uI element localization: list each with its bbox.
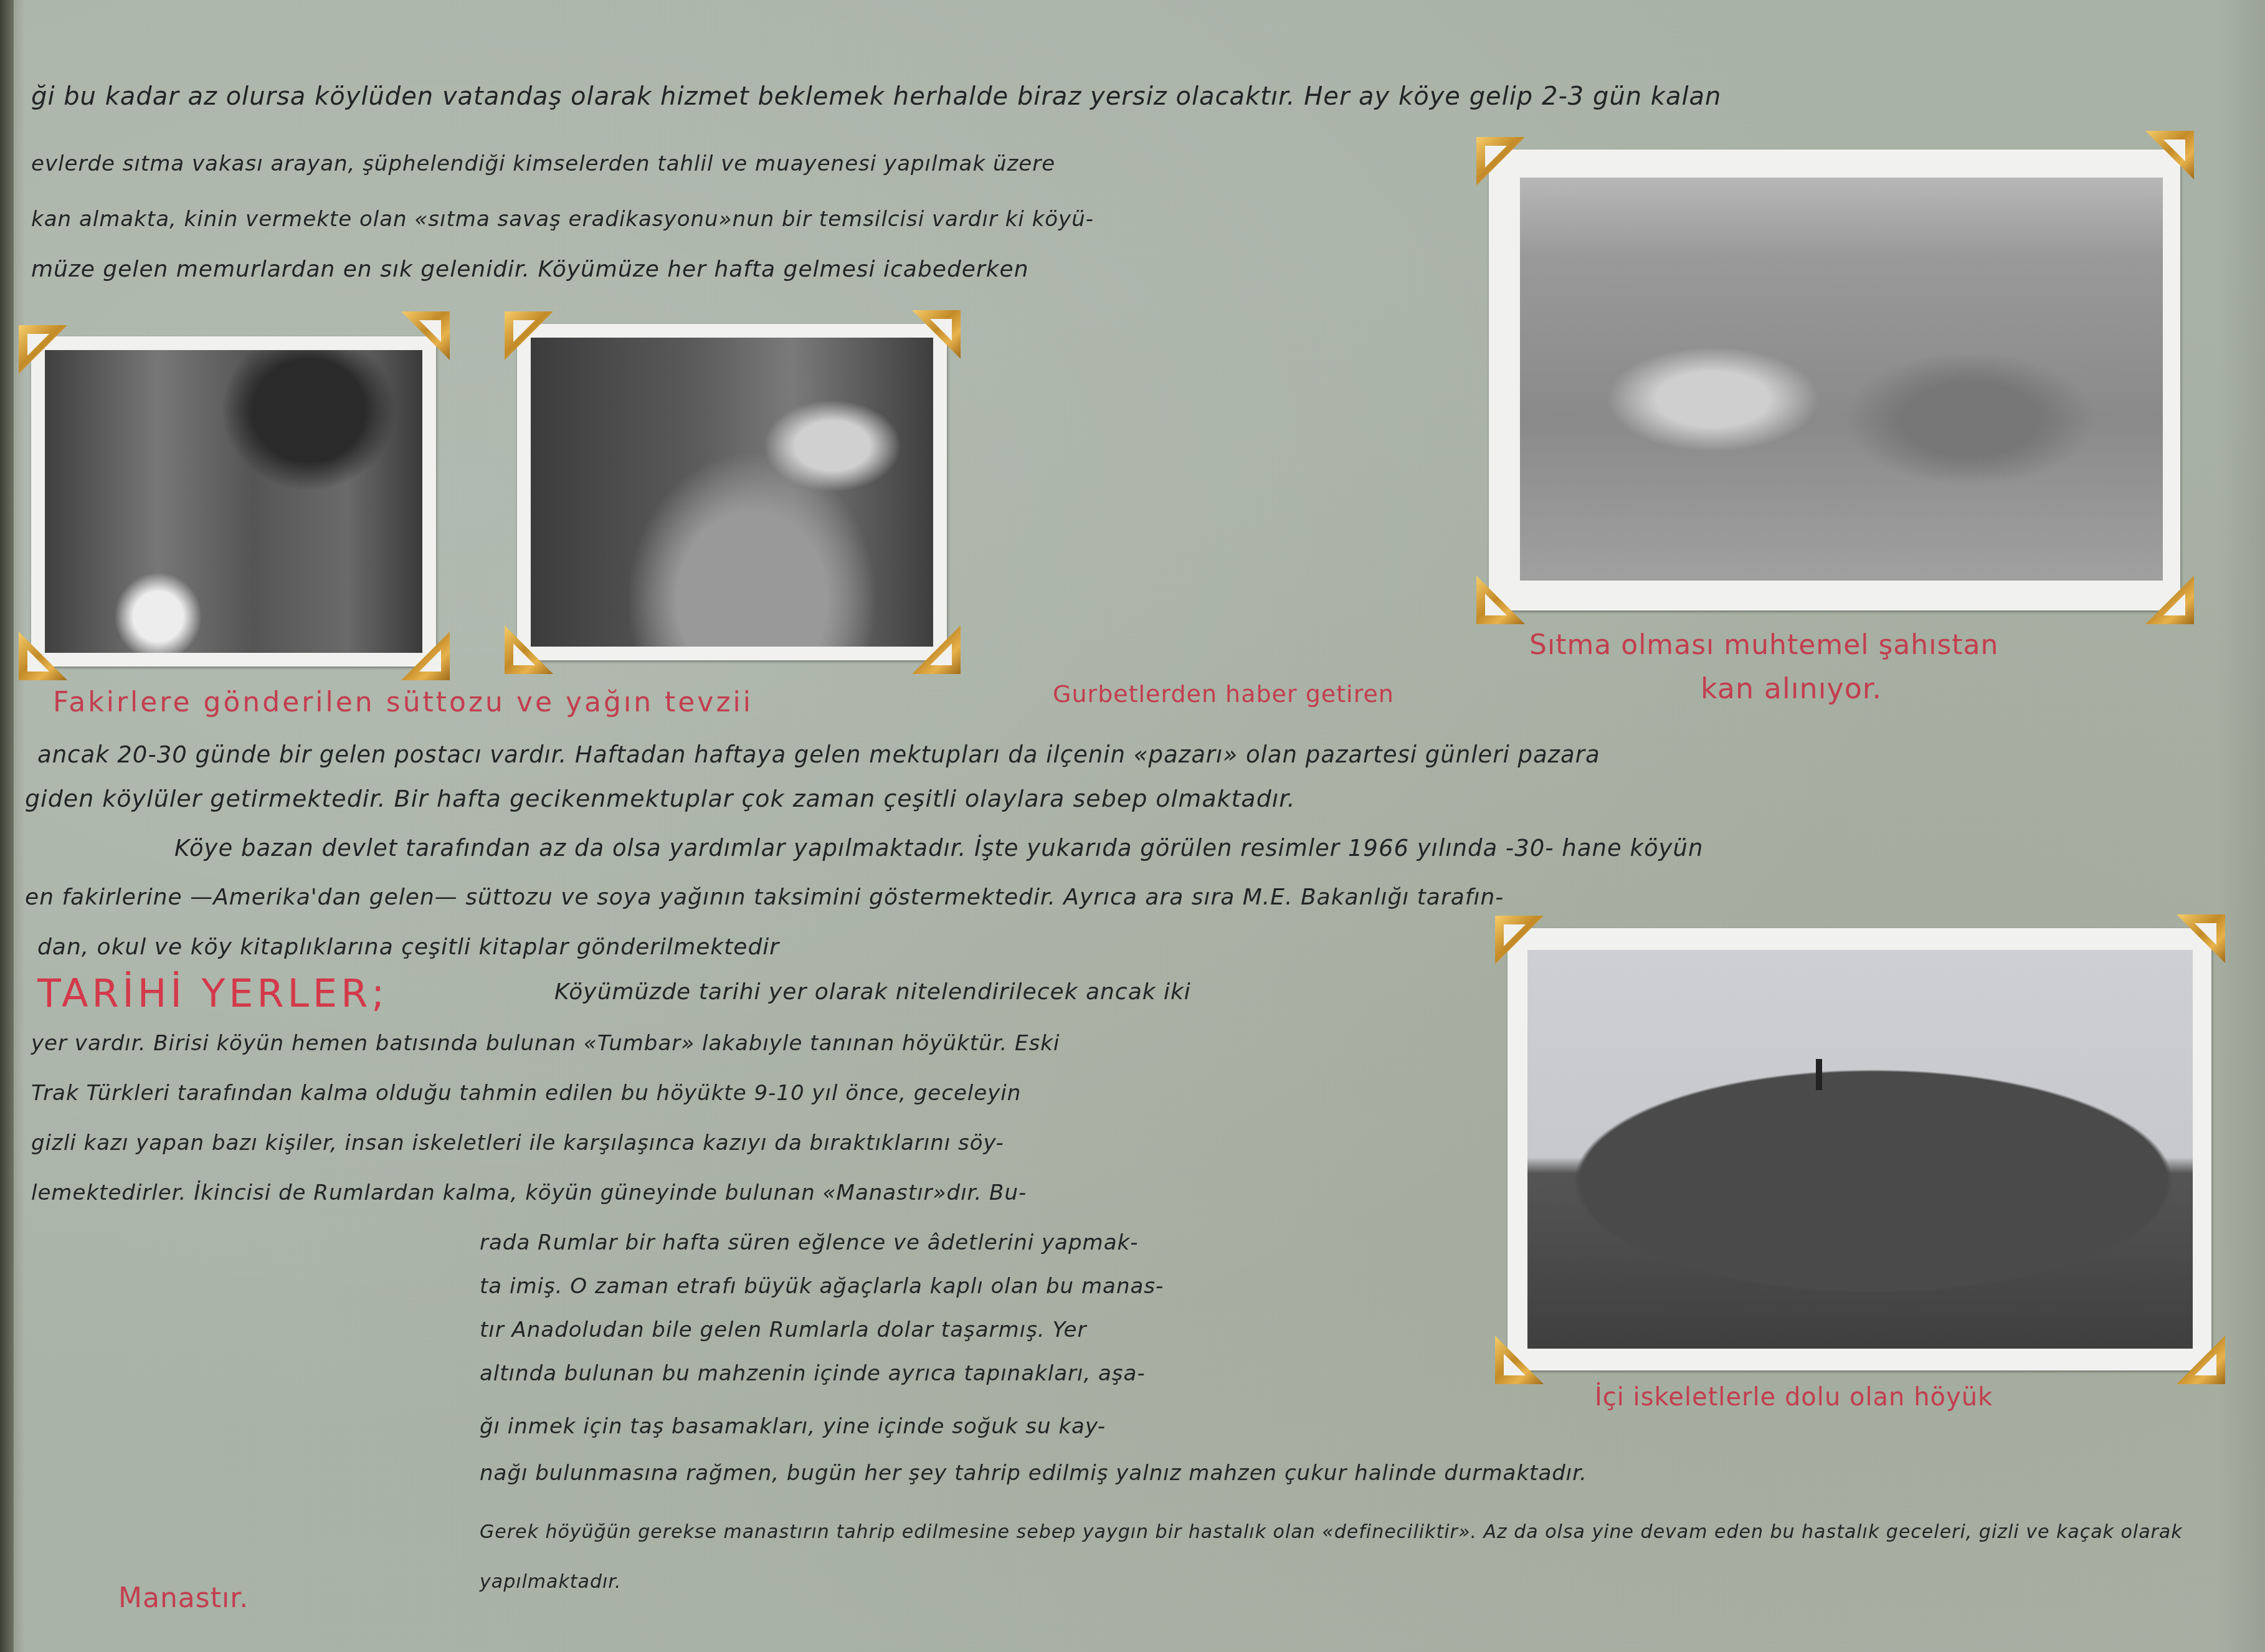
photo-blood-sample [1489,150,2180,610]
text-line: tır Anadoludan bile gelen Rumlarla dolar… [480,1317,1086,1342]
text-line: ğı inmek için taş basamakları, yine için… [480,1414,1106,1439]
caption-postman: Gurbetlerden haber getiren [1053,680,1394,708]
photo-image [45,350,422,653]
text-line: müze gelen memurlardan en sık gelenidir.… [31,257,1029,282]
text-line: lemektedirler. İkincisi de Rumlardan kal… [31,1180,1027,1205]
mound-figure [1816,1059,1822,1090]
text-line: kan almakta, kinin vermekte olan «sıtma … [31,207,1094,232]
text-line: nağı bulunmasına rağmen, bugün her şey t… [480,1461,1587,1486]
caption-mound: İçi iskeletlerle dolu olan höyük [1595,1383,1993,1412]
caption-milk-distribution: Fakirlere gönderilen süttozu ve yağın te… [53,686,753,718]
album-spine [0,0,14,1652]
photo-postman-villagers [517,324,947,660]
margin-note-manastir: Manastır. [118,1582,249,1614]
text-line: evlerde sıtma vakası arayan, şüphelendiğ… [31,151,1055,176]
text-line: ği bu kadar az olursa köylüden vatandaş … [31,82,2180,111]
photo-image [1527,950,2193,1349]
text-line: dan, okul ve köy kitaplıklarına çeşitli … [37,934,779,960]
text-line: ancak 20-30 günde bir gelen postacı vard… [37,741,1600,768]
section-heading: TARİHİ YERLER; [37,971,388,1016]
text-line: Köyümüzde tarihi yer olarak nitelendiril… [554,979,1191,1005]
caption-blood-sample-line2: kan alınıyor. [1701,672,1882,705]
text-line: Gerek höyüğün gerekse manastırın tahrip … [480,1507,2211,1607]
text-line: ta imiş. O zaman etrafı büyük ağaçlarla … [480,1274,1164,1299]
caption-blood-sample-line1: Sıtma olması muhtemel şahıstan [1529,629,1998,661]
photo-milk-distribution [31,336,436,667]
photo-image [531,338,933,647]
text-line: gizli kazı yapan bazı kişiler, insan isk… [31,1131,1004,1156]
text-line: en fakirlerine —Amerika'dan gelen— sütto… [25,885,1504,910]
text-line: Köye bazan devlet tarafından az da olsa … [174,835,1703,862]
text-line: rada Rumlar bir hafta süren eğlence ve â… [480,1230,1138,1255]
text-line: Trak Türkleri tarafından kalma olduğu ta… [31,1081,1021,1106]
text-line: altında bulunan bu mahzenin içinde ayrıc… [480,1361,1146,1386]
photo-mound [1508,928,2211,1370]
text-line: giden köylüler getirmektedir. Bir hafta … [25,785,1296,812]
text-line: yer vardır. Birisi köyün hemen batısında… [31,1031,1060,1056]
photo-image [1520,178,2163,581]
